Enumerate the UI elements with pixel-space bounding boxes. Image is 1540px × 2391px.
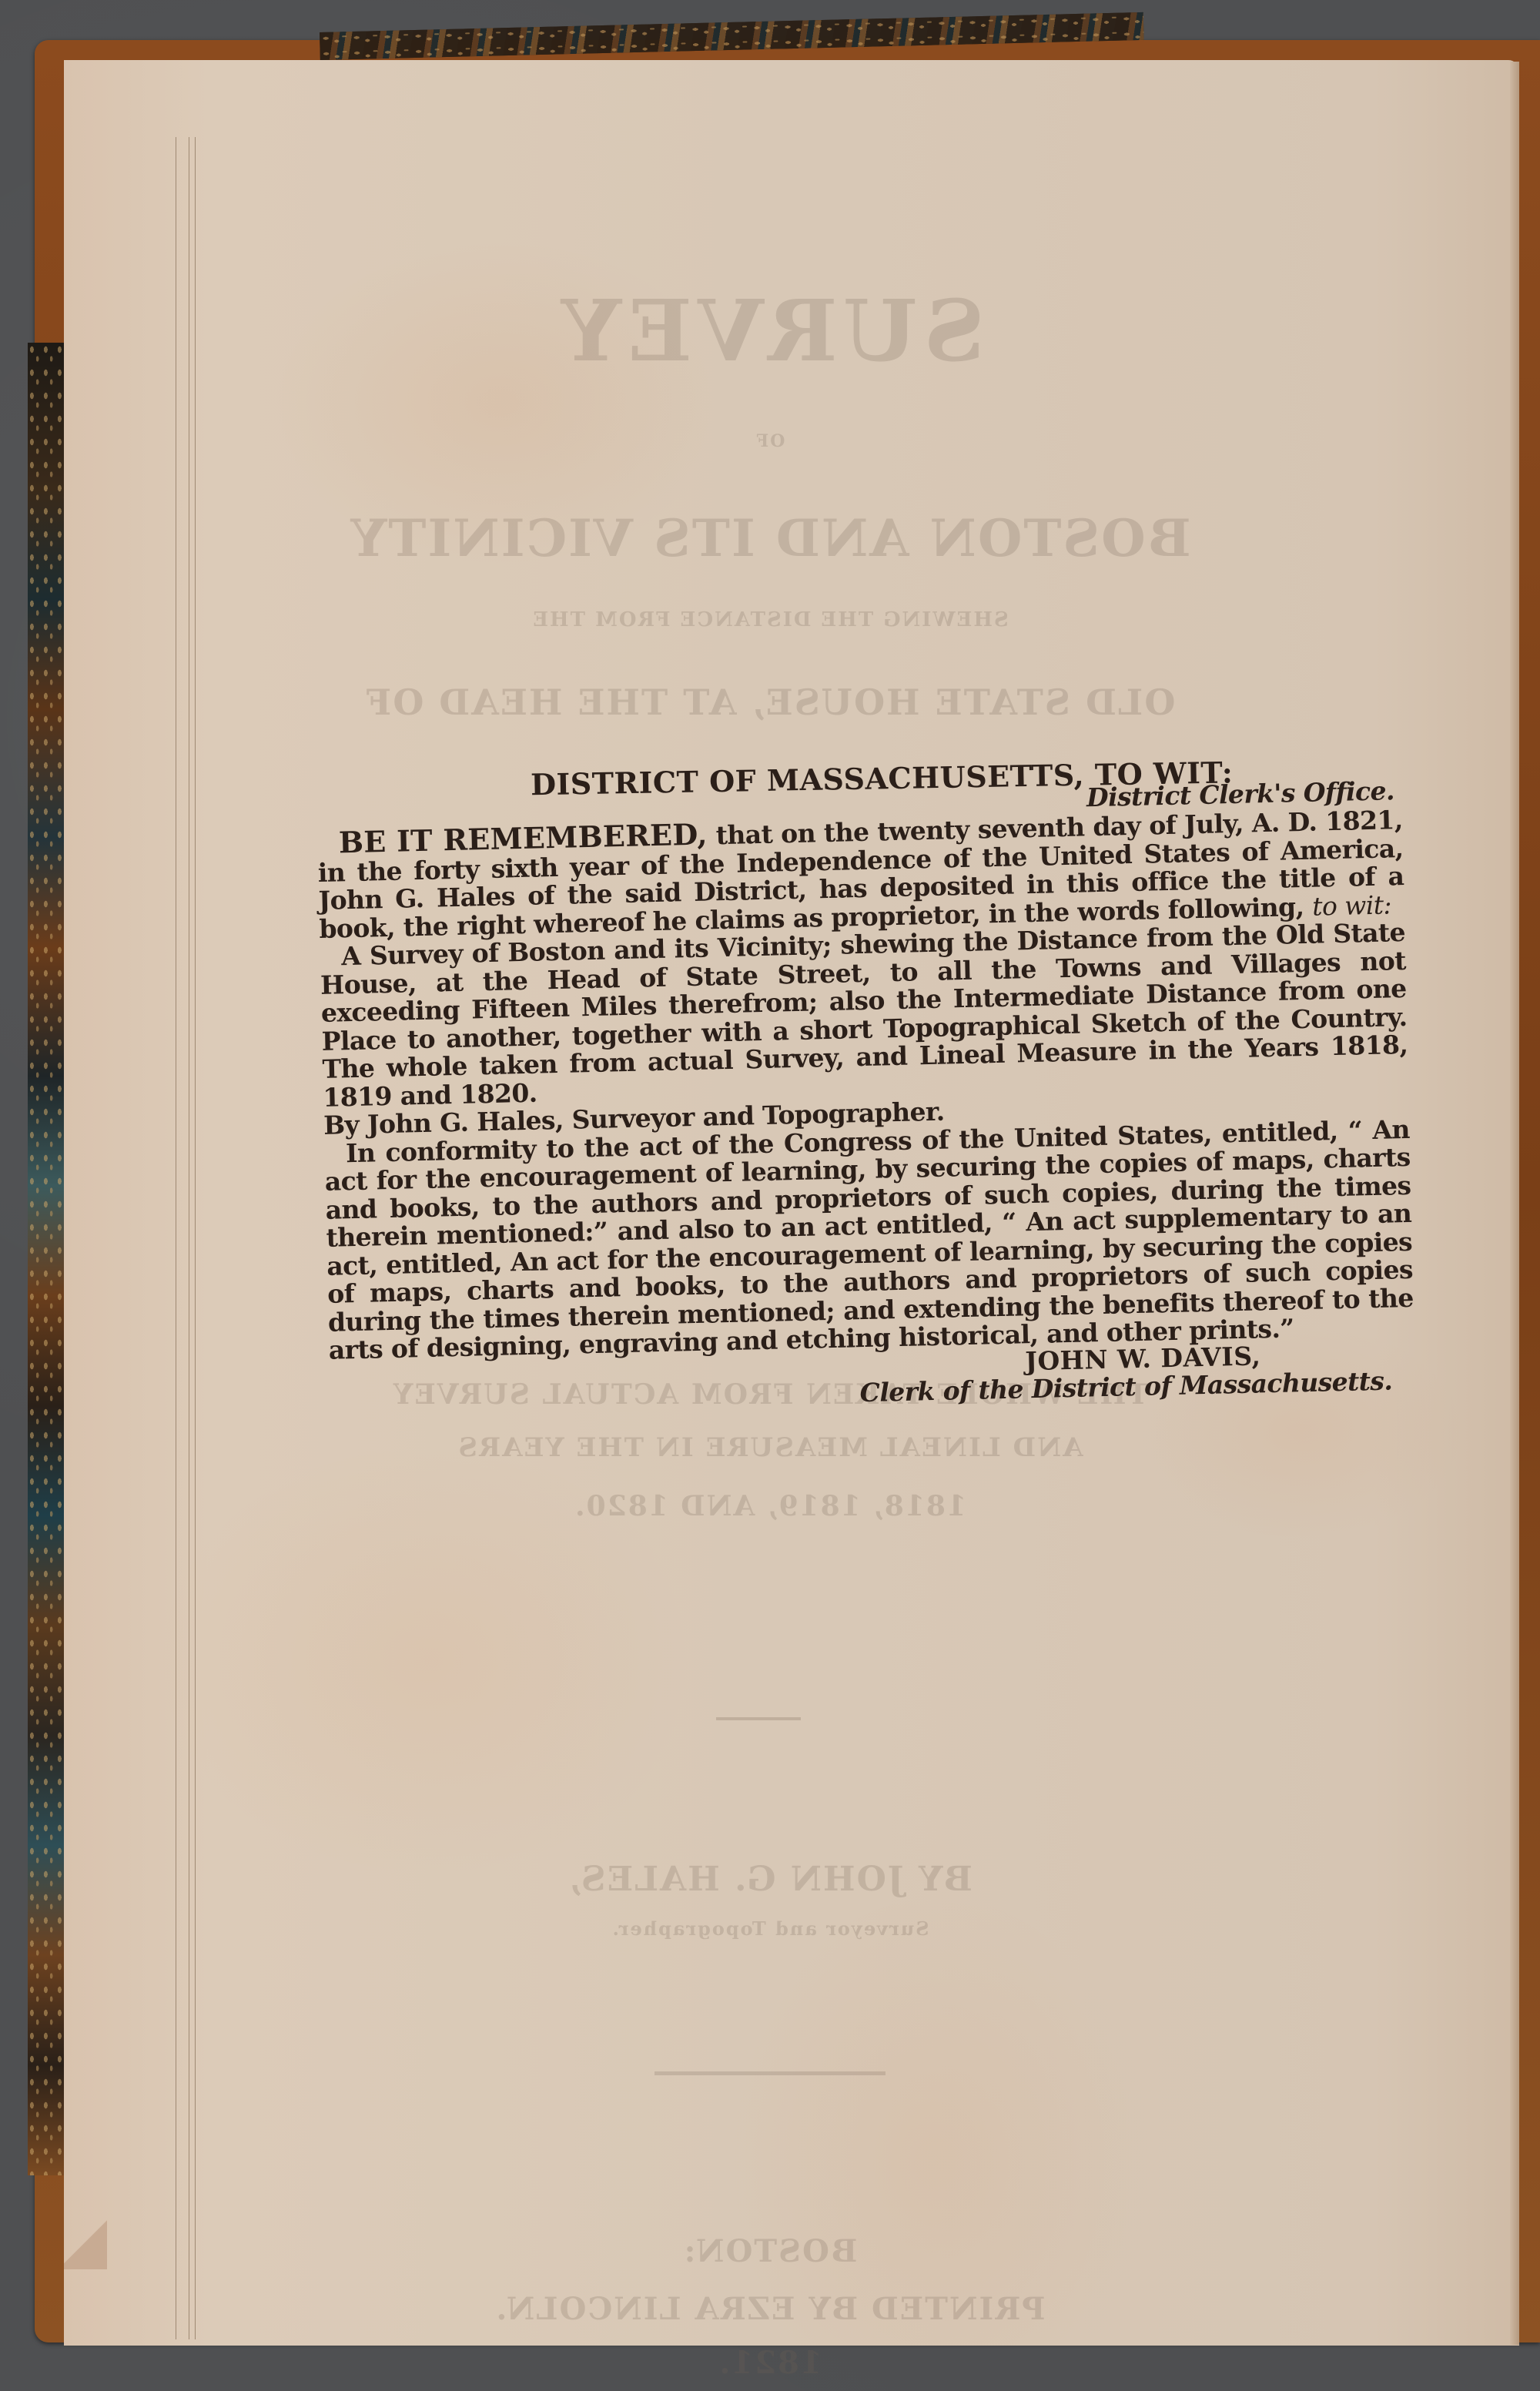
corner-fold xyxy=(64,2215,107,2269)
conformity-paragraph: In conformity to the act of the Congress… xyxy=(324,1115,1414,1365)
gutter-line xyxy=(176,137,176,2339)
copyright-notice: DISTRICT OF MASSACHUSETTS, TO WIT: Distr… xyxy=(316,753,1416,1419)
gutter-line xyxy=(195,137,196,2339)
to-wit: to wit: xyxy=(1312,889,1391,921)
book-title-paragraph: A Survey of Boston and its Vicinity; she… xyxy=(320,919,1409,1112)
marbled-board-left xyxy=(28,343,65,2175)
gutter-line xyxy=(189,137,189,2339)
page-fore-edge xyxy=(1510,62,1519,2345)
